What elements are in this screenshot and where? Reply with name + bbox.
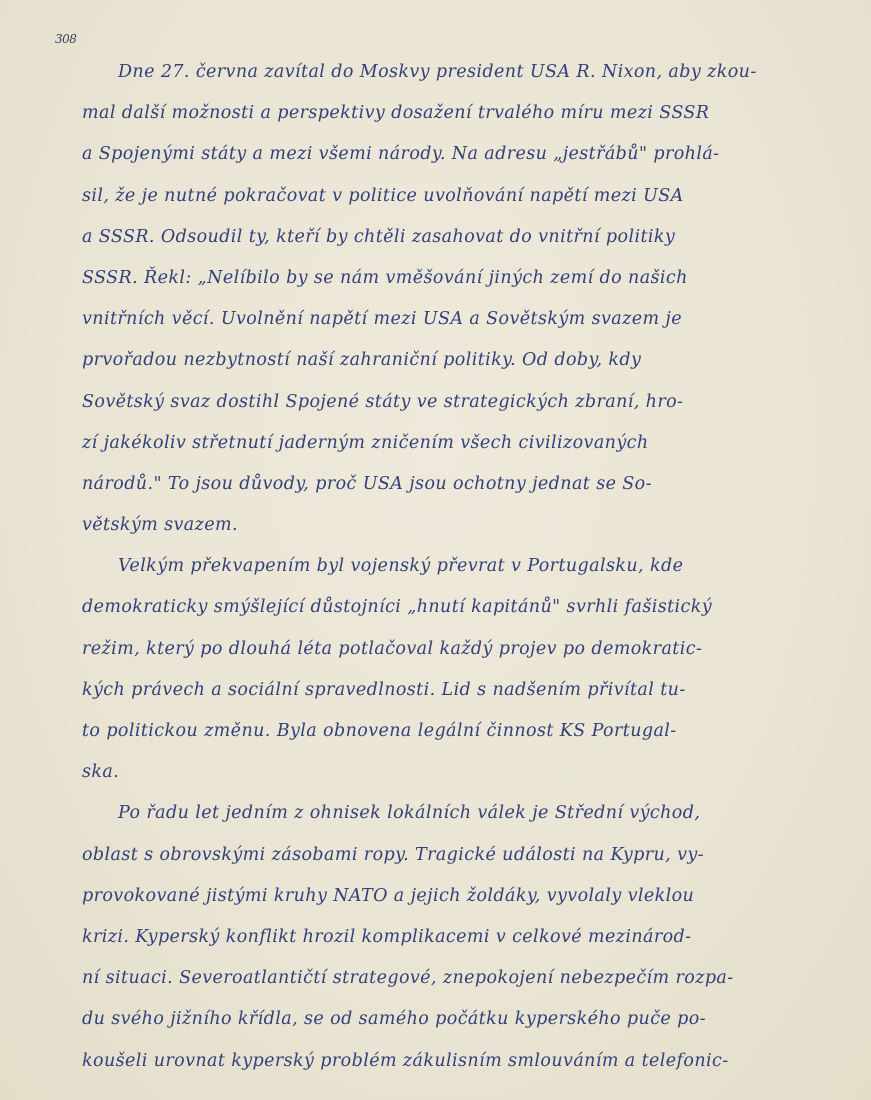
text-line: Sovětský svaz dostihl Spojené státy ve s… <box>82 382 822 423</box>
text-line: Dne 27. června zavítal do Moskvy preside… <box>82 52 822 93</box>
text-line: to politickou změnu. Byla obnovena legál… <box>82 711 822 752</box>
text-line: koušeli urovnat kyperský problém zákulis… <box>82 1041 822 1082</box>
text-line: sil, že je nutné pokračovat v politice u… <box>82 176 822 217</box>
paragraph-nixon-visit: Dne 27. června zavítal do Moskvy preside… <box>82 52 822 546</box>
text-line: mal další možnosti a perspektivy dosažen… <box>82 93 822 134</box>
text-line: du svého jižního křídla, se od samého po… <box>82 999 822 1040</box>
text-line: vnitřních věcí. Uvolnění napětí mezi USA… <box>82 299 822 340</box>
text-line: a Spojenými státy a mezi všemi národy. N… <box>82 134 822 175</box>
text-line: Po řadu let jedním z ohnisek lokálních v… <box>82 793 822 834</box>
text-line: režim, který po dlouhá léta potlačoval k… <box>82 629 822 670</box>
text-line: krizi. Kyperský konflikt hrozil komplika… <box>82 917 822 958</box>
handwritten-body: Dne 27. června zavítal do Moskvy preside… <box>82 52 822 1082</box>
paragraph-middle-east-cyprus: Po řadu let jedním z ohnisek lokálních v… <box>82 793 822 1081</box>
text-line: prvořadou nezbytností naší zahraniční po… <box>82 340 822 381</box>
text-line: demokraticky smýšlející důstojníci „hnut… <box>82 587 822 628</box>
text-line: kých právech a sociální spravedlnosti. L… <box>82 670 822 711</box>
text-line: Velkým překvapením byl vojenský převrat … <box>82 546 822 587</box>
text-line: SSSR. Řekl: „Nelíbilo by se nám vměšován… <box>82 258 822 299</box>
text-line: ska. <box>82 752 822 793</box>
handwritten-page: 308 Dne 27. června zavítal do Moskvy pre… <box>0 0 871 1100</box>
text-line: zí jakékoliv střetnutí jaderným zničením… <box>82 423 822 464</box>
text-line: a SSSR. Odsoudil ty, kteří by chtěli zas… <box>82 217 822 258</box>
text-line: oblast s obrovskými zásobami ropy. Tragi… <box>82 835 822 876</box>
text-line: národů." To jsou důvody, proč USA jsou o… <box>82 464 822 505</box>
text-line: ní situaci. Severoatlantičtí strategové,… <box>82 958 822 999</box>
text-line: provokované jistými kruhy NATO a jejich … <box>82 876 822 917</box>
text-line: větským svazem. <box>82 505 822 546</box>
page-number: 308 <box>55 32 76 46</box>
paragraph-portugal-coup: Velkým překvapením byl vojenský převrat … <box>82 546 822 793</box>
